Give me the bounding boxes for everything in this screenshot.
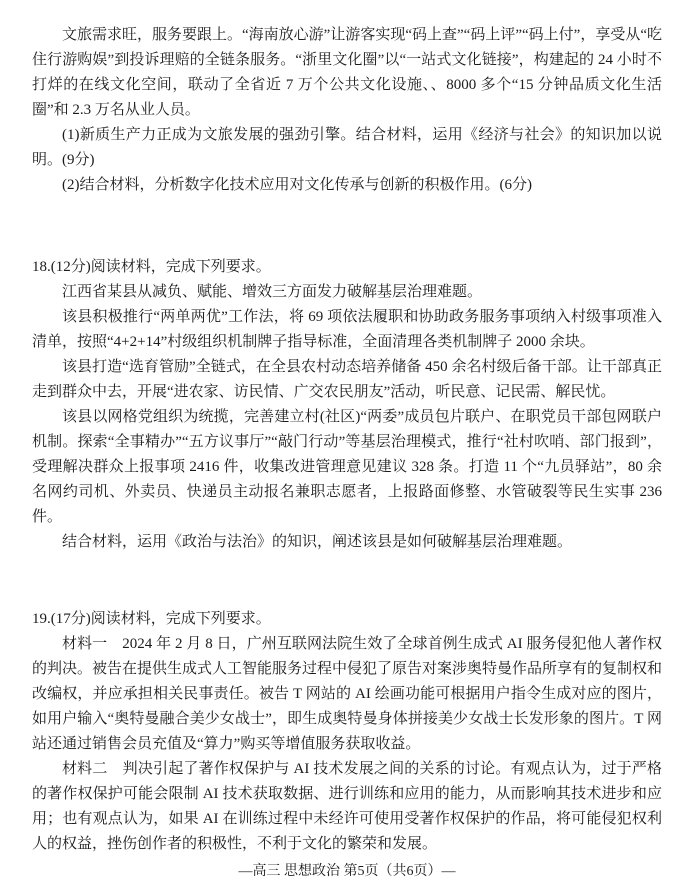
- question-19: 19.(17分)阅读材料，完成下列要求。 材料一 2024 年 2 月 8 日，…: [32, 607, 662, 857]
- q17-subquestion-2: (2)结合材料，分析数字化技术应用对文化传承与创新的积极作用。(6分): [32, 173, 662, 198]
- q18-paragraph-1: 江西省某县从减负、赋能、增效三方面发力破解基层治理难题。: [32, 280, 662, 305]
- question-17-tail: 文旅需求旺，服务要跟上。“海南放心游”让游客实现“码上查”“码上评”“码上付”，…: [32, 23, 662, 198]
- q19-material-2: 材料二 判决引起了著作权保护与 AI 技术发展之间的关系的讨论。有观点认为，过于…: [32, 757, 662, 857]
- q18-paragraph-2: 该县积极推行“两单两优”工作法，将 69 项依法履职和协助政务服务事项纳入村级事…: [32, 305, 662, 355]
- q18-task-prompt: 结合材料，运用《政治与法治》的知识，阐述该县是如何破解基层治理难题。: [32, 530, 662, 555]
- q19-header: 19.(17分)阅读材料，完成下列要求。: [32, 607, 662, 632]
- q17-intro-paragraph: 文旅需求旺，服务要跟上。“海南放心游”让游客实现“码上查”“码上评”“码上付”，…: [32, 23, 662, 123]
- exam-page: 文旅需求旺，服务要跟上。“海南放心游”让游客实现“码上查”“码上评”“码上付”，…: [0, 0, 692, 887]
- page-footer: —高三 思想政治 第5页（共6页）—: [32, 859, 662, 884]
- q18-paragraph-3: 该县打造“选育管励”全链式，在全县农村动态培养储备 450 余名村级后备干部。让…: [32, 355, 662, 405]
- question-18: 18.(12分)阅读材料，完成下列要求。 江西省某县从减负、赋能、增效三方面发力…: [32, 255, 662, 555]
- q18-header: 18.(12分)阅读材料，完成下列要求。: [32, 255, 662, 280]
- q18-paragraph-4: 该县以网格党组织为统揽，完善建立村(社区)“两委”成员包片联户、在职党员干部包网…: [32, 405, 662, 530]
- q19-material-1: 材料一 2024 年 2 月 8 日，广州互联网法院生效了全球首例生成式 AI …: [32, 632, 662, 757]
- q17-subquestion-1: (1)新质生产力正成为文旅发展的强劲引擎。结合材料，运用《经济与社会》的知识加以…: [32, 123, 662, 173]
